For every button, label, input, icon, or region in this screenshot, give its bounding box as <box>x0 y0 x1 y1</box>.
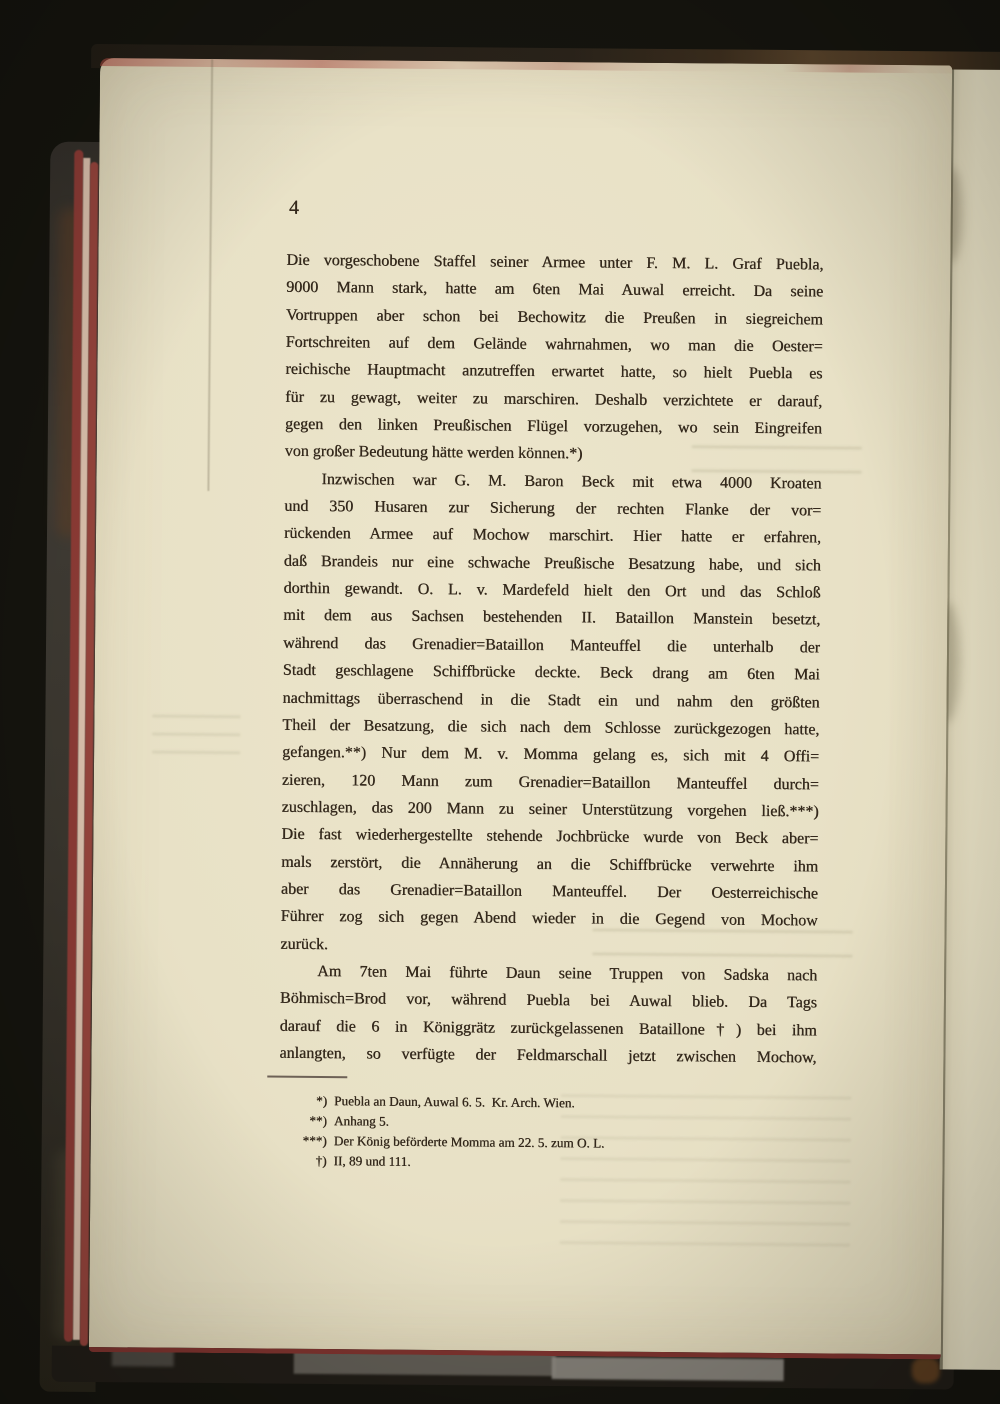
footnote-text: Der König beförderte Momma am 22. 5. zum… <box>327 1131 605 1153</box>
body-line: reichische Hauptmacht anzutreffen erwart… <box>285 356 822 388</box>
footnote-marker: *) <box>261 1090 327 1111</box>
footnote-text: II, 89 und 111. <box>326 1151 410 1172</box>
footnote-marker: **) <box>261 1110 327 1131</box>
book-photo-scene: 4 Die vorgeschobene Staffel seiner Armee… <box>0 0 1000 1404</box>
body-line: anlangten, so verfügte der Feldmarschall… <box>279 1040 816 1072</box>
page-number: 4 <box>289 196 299 220</box>
body-line: Böhmisch=Brod vor, während Puebla bei Au… <box>280 985 817 1017</box>
body-line: rückenden Armee auf Mochow marschirt. Hi… <box>284 520 821 552</box>
footnote-marker: ***) <box>261 1130 327 1151</box>
book: 4 Die vorgeschobene Staffel seiner Armee… <box>0 0 1000 1404</box>
body-line: mit dem aus Sachsen bestehenden II. Bata… <box>283 602 820 634</box>
body-line: Die fast wiederhergestellte stehende Joc… <box>281 821 818 853</box>
show-through-text <box>152 715 240 770</box>
paragraph: Die vorgeschobene Staffel seiner Armee u… <box>285 247 824 470</box>
footnotes: *)Puebla an Daun, Auwal 6. 5. Kr. Arch. … <box>260 1090 861 1175</box>
body-line: von großer Bedeutung hätte werden können… <box>285 438 822 470</box>
paragraph: Am 7ten Mai führte Daun seine Truppen vo… <box>279 958 817 1072</box>
body-text: Die vorgeschobene Staffel seiner Armee u… <box>279 247 823 1072</box>
footnote-text: Puebla an Daun, Auwal 6. 5. Kr. Arch. Wi… <box>327 1091 575 1113</box>
footnote-separator <box>267 1076 347 1079</box>
paragraph: Inzwischen war G. M. Baron Beck mit etwa… <box>280 465 821 962</box>
book-page: 4 Die vorgeschobene Staffel seiner Armee… <box>89 58 952 1359</box>
page-crease <box>207 59 212 491</box>
body-line: Führer zog sich gegen Abend wieder in di… <box>281 903 818 935</box>
body-line: gefangen.**) Nur dem M. v. Momma gelang … <box>282 739 819 771</box>
footnote-marker: †) <box>260 1150 326 1171</box>
body-line: Stadt geschlagene Schiffbrücke deckte. B… <box>283 657 820 689</box>
footnote-text: Anhang 5. <box>327 1111 389 1132</box>
cover-bottom-highlight <box>552 1357 784 1381</box>
body-line: 9000 Mann stark, hatte am 6ten Mai Auwal… <box>286 274 823 306</box>
footnote: †)II, 89 und 111. <box>260 1150 860 1175</box>
cover-bottom-stain <box>912 1357 940 1383</box>
